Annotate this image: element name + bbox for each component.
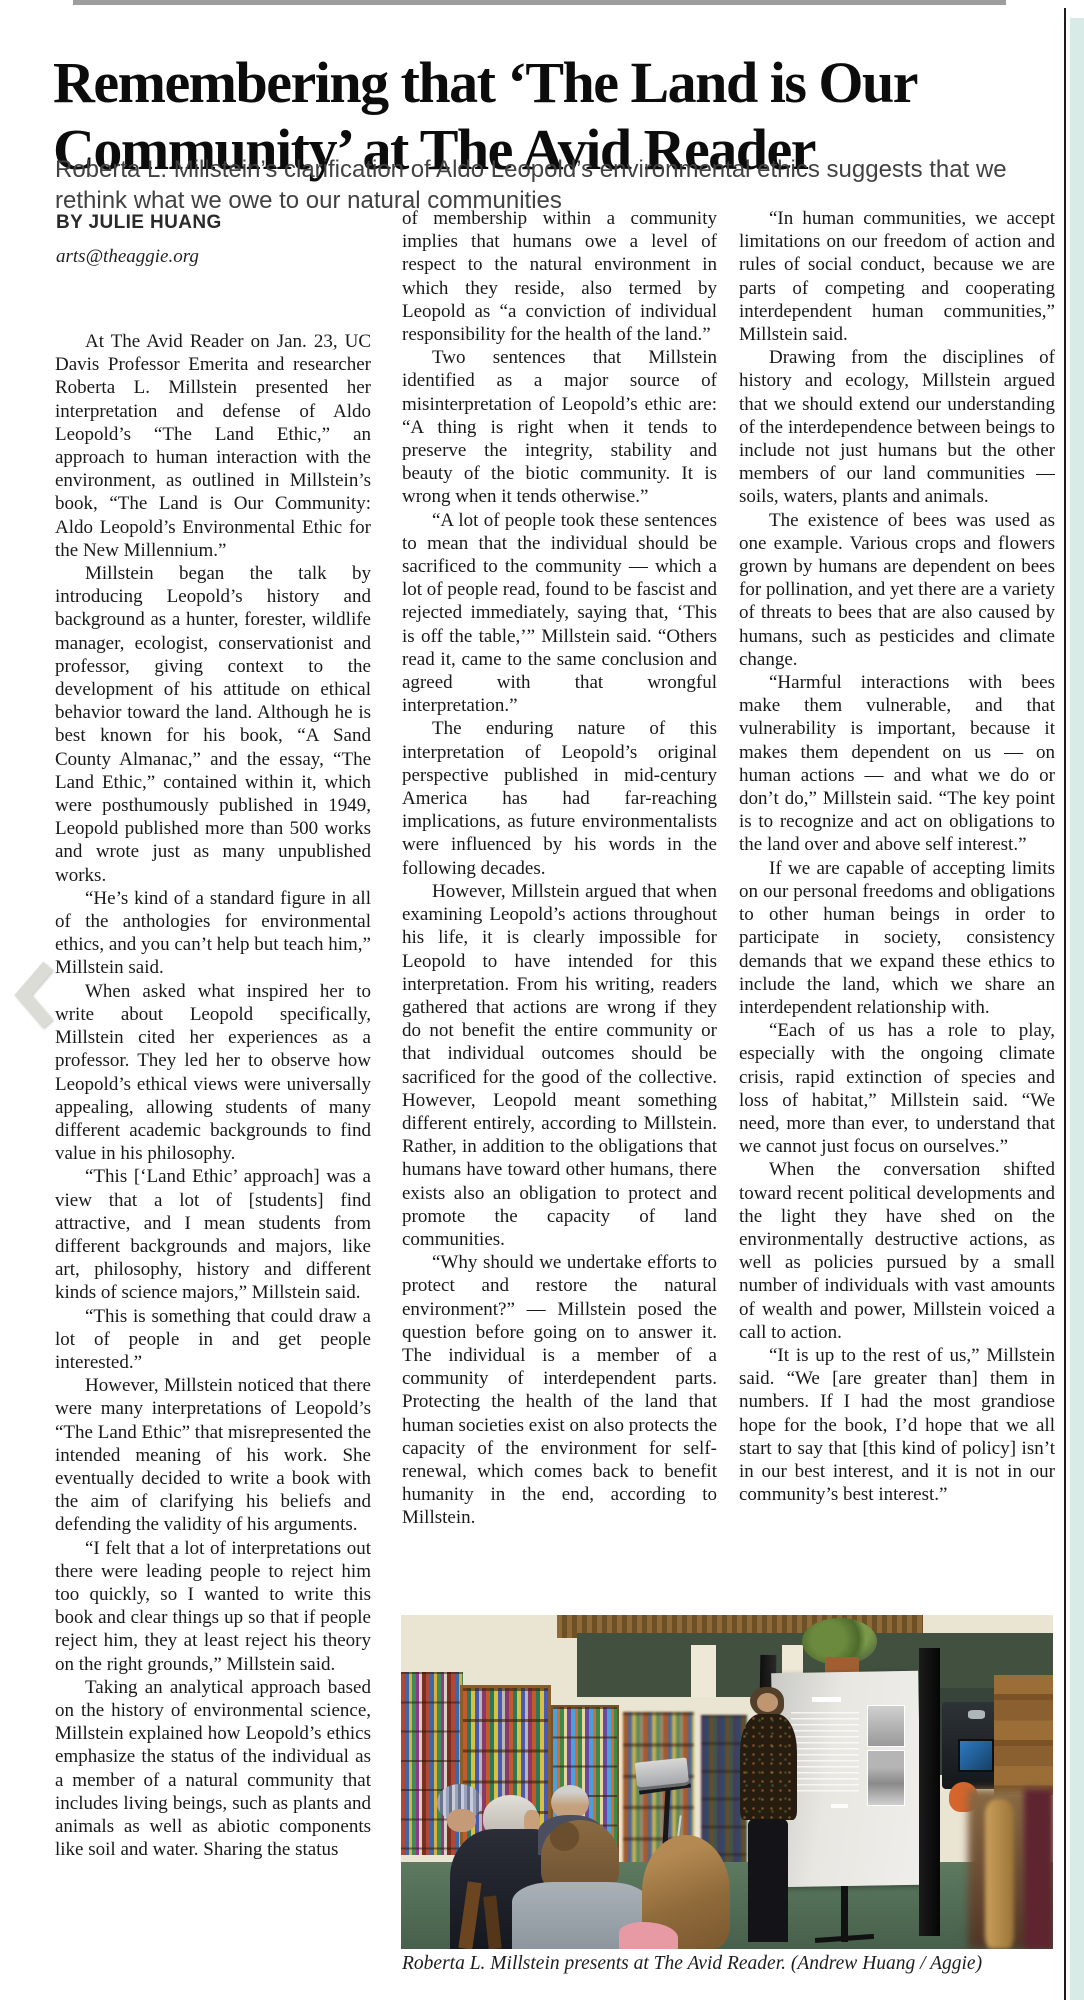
paragraph: The existence of bees was used as one ex… xyxy=(739,509,1055,671)
paragraph: “I felt that a lot of interpretations ou… xyxy=(55,1537,371,1676)
photo-slide-footer xyxy=(831,1804,847,1808)
photo-foreground-blur xyxy=(1024,1789,1053,1949)
paragraph: “In human communities, we accept limitat… xyxy=(739,207,1055,346)
paragraph: “This [‘Land Ethic’ approach] was a view… xyxy=(55,1165,371,1304)
paragraph: “It is up to the rest of us,” Millstein … xyxy=(739,1344,1055,1506)
paragraph: At The Avid Reader on Jan. 23, UC Davis … xyxy=(55,330,371,562)
photo-presenter-face xyxy=(757,1693,778,1711)
paragraph: “Harmful interactions with bees make the… xyxy=(739,671,1055,857)
photo-pillar xyxy=(691,1645,716,1697)
paragraph: “Each of us has a role to play, especial… xyxy=(739,1019,1055,1158)
paragraph: “This is something that could draw a lot… xyxy=(55,1305,371,1375)
article-column-1: At The Avid Reader on Jan. 23, UC Davis … xyxy=(55,330,371,1995)
chevron-left-icon xyxy=(12,958,58,1032)
byline: BY JULIE HUANG xyxy=(56,212,222,234)
article-column-3: “In human communities, we accept limitat… xyxy=(739,207,1055,1607)
page-edge-rule xyxy=(1064,8,1066,2000)
previous-page-button[interactable] xyxy=(12,958,58,1032)
photo-wood-baluster xyxy=(985,1799,1014,1949)
paragraph: Drawing from the disciplines of history … xyxy=(739,346,1055,508)
article-column-2: of membership within a community implies… xyxy=(402,207,717,1607)
next-page-edge-strip xyxy=(1070,18,1084,2000)
photo-cabinet-screen xyxy=(958,1739,994,1772)
paragraph: If we are capable of accepting limits on… xyxy=(739,857,1055,1019)
paragraph: Taking an analytical approach based on t… xyxy=(55,1676,371,1862)
paragraph: “He’s kind of a standard figure in all o… xyxy=(55,887,371,980)
photo-presenter-legs xyxy=(748,1819,788,1943)
byline-email[interactable]: arts@theaggie.org xyxy=(56,246,199,268)
photo-presenter-body xyxy=(740,1714,797,1821)
photo-slide-image xyxy=(867,1705,905,1747)
paragraph: However, Millstein argued that when exam… xyxy=(402,880,717,1251)
photo-caption: Roberta L. Millstein presents at The Avi… xyxy=(402,1953,1054,1975)
paragraph: However, Millstein noticed that there we… xyxy=(55,1374,371,1536)
paragraph: When the conversation shifted toward rec… xyxy=(739,1158,1055,1344)
paragraph: Two sentences that Millstein identified … xyxy=(402,346,717,508)
photo-screen-frame-right xyxy=(919,1648,940,1935)
top-rule xyxy=(73,0,1006,5)
paragraph: of membership within a community implies… xyxy=(402,207,717,346)
photo-wood-shelf-right xyxy=(994,1675,1053,1795)
paragraph: Millstein began the talk by introducing … xyxy=(55,562,371,887)
photo-slide-title xyxy=(812,1697,841,1702)
event-photo xyxy=(401,1615,1053,1949)
paragraph: “A lot of people took these sentences to… xyxy=(402,509,717,718)
photo-screen-stand xyxy=(841,1886,848,1943)
photo-slide-text xyxy=(791,1712,859,1792)
paragraph: When asked what inspired her to write ab… xyxy=(55,980,371,1166)
paragraph: The enduring nature of this interpretati… xyxy=(402,717,717,879)
article-page: Remembering that ‘The Land is Our Commun… xyxy=(0,0,1084,2000)
photo-slide-image xyxy=(867,1750,905,1805)
photo-audience-face xyxy=(447,1809,476,1832)
photo-cabinet-logo xyxy=(968,1710,985,1719)
paragraph: “Why should we undertake efforts to prot… xyxy=(402,1251,717,1529)
